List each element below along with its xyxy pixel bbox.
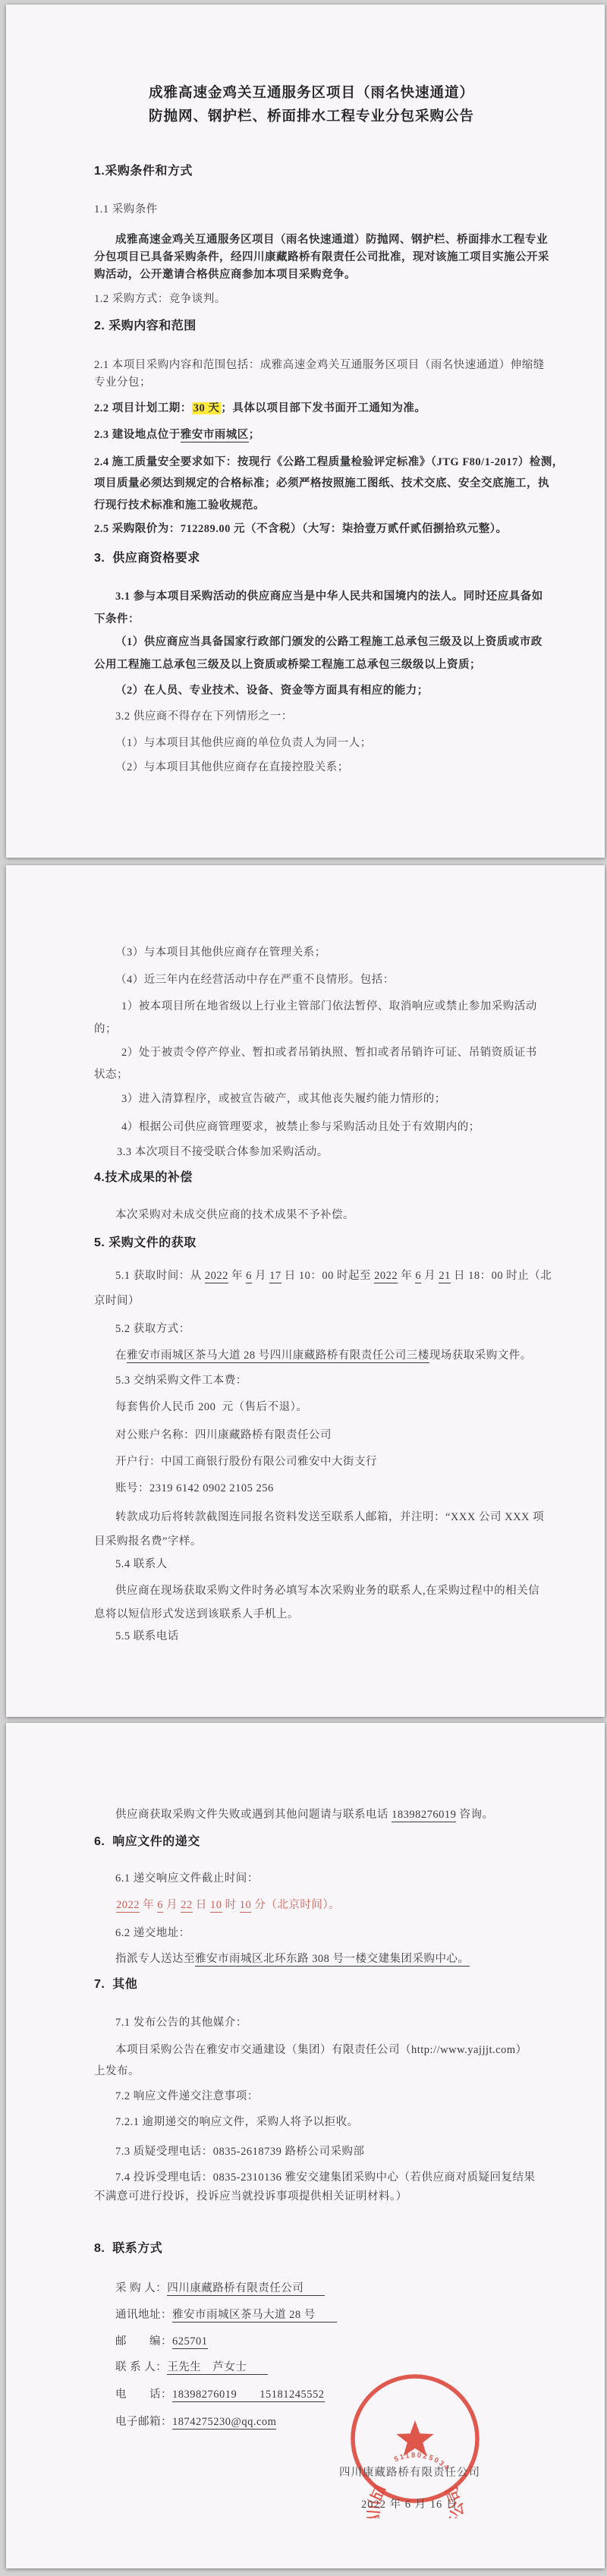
clause-7-1-label: 7.1 发布公告的其他媒介：	[115, 2015, 247, 2030]
clause-5-4-body-line-2: 息将以短信形式发送到该联系人手机上。	[94, 1607, 299, 1622]
text-segment: 时	[222, 1899, 240, 1911]
contact-email-row: 电子邮箱：1874275230@qq.com	[115, 2414, 276, 2430]
clause-7-2-1: 7.2.1 逾期递交的响应文件，采购人将予以拒收。	[115, 2115, 359, 2130]
underlined-month: 6	[157, 1899, 163, 1913]
clause-3-2-item-4-sub-1-line-2: 的；	[94, 1022, 117, 1037]
document-title-line-1: 成雅高速金鸡关互通服务区项目（雨名快速通道）	[149, 85, 474, 100]
clause-3-3: 3.3 本次项目不接受联合体参加采购活动。	[117, 1145, 329, 1160]
clause-1-1-line-1: 成雅高速金鸡关互通服务区项目（雨名快速通道）防抛网、钢护栏、桥面排水工程专业	[115, 232, 548, 247]
underlined-year: 2022	[116, 1899, 140, 1913]
clause-2-4-line-1: 2.4 施工质量安全要求如下：按现行《公路工程质量检验评定标准》（JTG F80…	[94, 455, 564, 470]
contact-person: 王先生 芦女士	[167, 2361, 268, 2375]
text-segment: 2.2 项目计划工期：	[94, 402, 192, 414]
bank-line: 开户行：中国工商银行股份有限公司雅安中大街支行	[115, 1454, 377, 1469]
clause-3-2-item-3: （3）与本项目其他供应商存在管理关系；	[115, 945, 326, 960]
text-segment: 在	[115, 1349, 127, 1362]
official-seal-stamp: 四川康藏路桥有限责任公司 5118025034105	[341, 2367, 493, 2518]
contact-address-row: 通讯地址：雅安市雨城区茶马大道 28 号	[115, 2307, 337, 2322]
underlined-day: 21	[439, 1270, 451, 1283]
clause-5-1-obtain-time: 5.1 获取时间：从 2022 年 6 月 17 日 10：00 时起至 202…	[115, 1268, 552, 1283]
clause-5-1-line-2: 京时间）	[94, 1293, 140, 1308]
text-segment: ；	[249, 429, 260, 441]
clause-3-2-item-4-sub-1-line-1: 1）被本项目所在地省级以上行业主管部门依法暂停、取消响应或禁止参加采购活动	[121, 999, 537, 1014]
clause-3-2-item-2: （2）与本项目其他供应商存在直接控股关系；	[115, 760, 349, 775]
contact-label: 电子邮箱：	[115, 2416, 172, 2428]
clause-3-1-line-1: 3.1 参与本项目采购活动的供应商应当是中华人民共和国境内的法人。同时还应具备如	[115, 589, 543, 604]
text-segment: 分（北京时间）。	[251, 1899, 340, 1911]
underlined-month: 6	[415, 1270, 421, 1283]
document-page-3: 供应商获取采购文件失败或遇到其他问题请与联系电话 18398276019 咨询。…	[6, 1723, 605, 2568]
clause-3-2-label: 3.2 供应商不得存在下列情形之一：	[115, 709, 293, 724]
text-segment: 日 18：00 时止（北	[451, 1270, 552, 1282]
clause-3-1-item-1-line-2: 公用工程施工总承包三级及以上资质或桥梁工程施工总承包三级级以上资质；	[94, 657, 481, 672]
contact-label: 电 话：	[115, 2389, 172, 2401]
contact-label: 联 系 人：	[115, 2361, 167, 2373]
section-5-heading: 5. 采购文件的获取	[94, 1236, 197, 1251]
clause-2-2: 2.2 项目计划工期：30 天；具体以项目部下发书面开工通知为准。	[94, 401, 426, 416]
clause-7-2-label: 7.2 响应文件递交注意事项：	[115, 2089, 259, 2104]
contact-label: 采 购 人：	[115, 2282, 167, 2294]
text-segment: 年	[228, 1270, 246, 1282]
clause-6-1-deadline: 2022 年 6 月 22 日 10 时 10 分（北京时间）。	[116, 1897, 340, 1913]
clause-4-body: 本次采购对未成交供应商的技术成果不予补偿。	[115, 1208, 354, 1223]
clause-2-5-price-limit: 2.5 采购限价为：712289.00 元（不含税）（大写：柒拾壹万贰仟贰佰捌拾…	[94, 521, 508, 537]
seal-star-icon	[396, 2420, 433, 2456]
clause-2-1-line-2: 专业分包；	[94, 375, 151, 390]
clause-1-2: 1.2 采购方式：竞争谈判。	[94, 291, 226, 307]
section-3-heading: 3. 供应商资格要求	[94, 551, 200, 566]
clause-5-4-label: 5.4 联系人	[115, 1557, 168, 1572]
underlined-help-phone: 18398276019	[392, 1809, 456, 1822]
clause-7-1-body-line-1: 本项目采购公告在雅安市交通建设（集团）有限责任公司（http://www.yaj…	[115, 2042, 527, 2058]
clause-7-1-body-line-2: 上发布。	[94, 2064, 140, 2079]
clause-3-2-item-4: （4）近三年内在经营活动中存在严重不良情形。包括：	[115, 972, 395, 987]
contact-zip-row: 邮 编：625701	[115, 2334, 208, 2349]
account-name-line: 对公账户名称：四川康藏路桥有限责任公司	[115, 1428, 332, 1443]
underlined-day: 22	[181, 1899, 193, 1913]
transfer-note-line-2: 目采购报名费”字样。	[94, 1534, 202, 1549]
section-6-heading: 6. 响应文件的递交	[94, 1834, 200, 1850]
text-segment: 2.3 建设地点位于	[94, 429, 181, 441]
clause-2-1-line-1: 2.1 本项目采购内容和范围包括：成雅高速金鸡关互通服务区项目（雨名快速通道）伸…	[94, 357, 545, 373]
clause-6-2-label: 6.2 递交地址：	[115, 1926, 190, 1941]
contact-person-row: 联 系 人：王先生 芦女士	[115, 2360, 268, 2375]
clause-5-5-label: 5.5 联系电话	[115, 1629, 179, 1644]
text-segment: 指派专人送达至	[115, 1953, 195, 1965]
clause-3-1-item-1-line-1: （1）供应商应当具备国家行政部门颁发的公路工程施工总承包三级及以上资质或市政	[115, 635, 543, 650]
text-segment: ；具体以项目部下发书面开工通知为准。	[221, 402, 426, 414]
text-segment: 日	[193, 1899, 210, 1911]
underlined-month: 6	[246, 1270, 252, 1283]
clause-5-3-label: 5.3 交纳采购文件工本费：	[115, 1373, 247, 1388]
contact-label: 通讯地址：	[115, 2309, 172, 2321]
clause-2-4-line-3: 行现行技术标准和施工验收规范。	[94, 498, 265, 513]
clause-5-3-price: 每套售价人民币 200 元（售后不退）。	[115, 1400, 307, 1415]
clause-5-2-label: 5.2 获取方式：	[115, 1321, 190, 1337]
clause-7-4-line-1: 7.4 投诉受理电话：0835-2310136 雅安交建集团采购中心（若供应商对…	[115, 2170, 535, 2185]
clause-2-3: 2.3 建设地点位于雅安市雨城区；	[94, 427, 260, 442]
text-segment: 日 10：00 时起至	[281, 1270, 375, 1282]
scanned-procurement-notice: { "p1": { "title1": "成雅高速金鸡关互通服务区项目（雨名快速…	[0, 0, 607, 2576]
clause-1-1-label: 1.1 采购条件	[94, 202, 158, 217]
underlined-minute: 10	[240, 1899, 252, 1913]
mailing-address: 雅安市雨城区茶马大道 28 号	[172, 2309, 337, 2322]
transfer-note-line-1: 转款成功后将转款截图连同报名资料发送至联系人邮箱，并注明：“XXX 公司 XXX…	[115, 1510, 544, 1525]
text-segment: 供应商获取采购文件失败或遇到其他问题请与联系电话	[115, 1809, 392, 1821]
text-segment: 月	[421, 1270, 439, 1282]
section-4-heading: 4.技术成果的补偿	[94, 1170, 193, 1186]
postal-code: 625701	[172, 2335, 208, 2349]
buyer-name: 四川康藏路桥有限责任公司	[167, 2282, 325, 2296]
text-segment: 5.1 获取时间：从	[115, 1270, 205, 1282]
signature-company-name: 四川康藏路桥有限责任公司	[339, 2465, 480, 2480]
underlined-location: 雅安市雨城区	[181, 429, 249, 442]
clause-5-4-body-line-1: 供应商在现场获取采购文件时务必填写本次采购业务的联系人,在采购过程中的相关信	[115, 1583, 539, 1598]
underlined-year: 2022	[205, 1270, 228, 1283]
signature-date: 2022 年 6 月 16 日	[361, 2497, 458, 2512]
clause-1-1-line-2: 分包项目已具备采购条件，经四川康藏路桥有限责任公司批准，现对该施工项目实施公开采	[94, 250, 549, 265]
company-seal-icon: 四川康藏路桥有限责任公司 5118025034105	[341, 2367, 493, 2518]
text-segment: 年	[140, 1899, 157, 1911]
underlined-day: 17	[269, 1270, 281, 1283]
highlighted-duration: 30 天	[192, 402, 222, 414]
text-segment: 咨询。	[456, 1809, 493, 1821]
section-1-heading: 1.采购条件和方式	[94, 164, 193, 179]
underlined-year: 2022	[374, 1270, 398, 1283]
clause-3-1-line-2: 下条件：	[94, 612, 140, 627]
text-segment: 月	[163, 1899, 181, 1911]
contact-phone-row: 电 话：18398276019 15181245552	[115, 2387, 325, 2402]
clause-6-1-label: 6.1 递交响应文件截止时间：	[115, 1871, 259, 1886]
underlined-hour: 10	[210, 1899, 222, 1913]
underlined-delivery-address: 雅安市雨城区北环东路 308 号一楼交建集团采购中心。	[195, 1953, 470, 1967]
contact-phones: 18398276019 15181245552	[172, 2389, 325, 2402]
account-number-line: 账号：2319 6142 0902 2105 256	[115, 1481, 274, 1496]
document-title-line-2: 防抛网、钢护栏、桥面排水工程专业分包采购公告	[149, 109, 474, 124]
clause-1-1-line-3: 购活动，公开邀请合格供应商参加本项目采购竞争。	[94, 267, 356, 282]
clause-3-1-item-2: （2）在人员、专业技术、设备、资金等方面具有相应的能力；	[115, 683, 429, 698]
section-2-heading: 2. 采购内容和范围	[94, 319, 197, 334]
text-segment: 年	[398, 1270, 415, 1282]
document-page-1: 成雅高速金鸡关互通服务区项目（雨名快速通道） 防抛网、钢护栏、桥面排水工程专业分…	[6, 5, 605, 858]
clause-3-2-item-4-sub-4: 4）根据公司供应商管理要求，被禁止参与采购活动且处于有效期内的；	[121, 1120, 480, 1135]
clause-3-2-item-4-sub-2-line-2: 状态；	[94, 1067, 128, 1082]
help-contact-line: 供应商获取采购文件失败或遇到其他问题请与联系电话 18398276019 咨询。	[115, 1807, 494, 1822]
clause-3-2-item-1: （1）与本项目其他供应商的单位负责人为同一人；	[115, 735, 372, 751]
section-7-heading: 7. 其他	[94, 1977, 137, 1992]
clause-5-2-body: 在雅安市雨城区茶马大道 28 号四川康藏路桥有限责任公司三楼现场获取采购文件。	[115, 1348, 532, 1363]
contact-email: 1874275230@qq.com	[172, 2416, 276, 2430]
contact-buyer-row: 采 购 人：四川康藏路桥有限责任公司	[115, 2281, 325, 2296]
text-segment: 现场获取采购文件。	[429, 1349, 532, 1362]
text-segment: 月	[252, 1270, 269, 1282]
clause-3-2-item-4-sub-3: 3）进入清算程序，或被宣告破产，或其他丧失履约能力情形的；	[121, 1091, 446, 1107]
clause-6-2-body: 指派专人送达至雅安市雨城区北环东路 308 号一楼交建集团采购中心。	[115, 1951, 470, 1967]
document-page-2: （3）与本项目其他供应商存在管理关系； （4）近三年内在经营活动中存在严重不良情…	[6, 865, 605, 1717]
clause-2-4-line-2: 项目质量必须达到规定的合格标准；必须严格按照施工图纸、技术交底、安全交底施工，执	[94, 476, 549, 491]
section-8-heading: 8. 联系方式	[94, 2241, 162, 2256]
contact-label: 邮 编：	[115, 2335, 172, 2348]
clause-7-3-query-phone: 7.3 质疑受理电话：0835-2618739 路桥公司采购部	[115, 2144, 364, 2159]
underlined-pickup-address: 雅安市雨城区茶马大道 28 号四川康藏路桥有限责任公司三楼	[127, 1349, 429, 1363]
clause-3-2-item-4-sub-2-line-1: 2）处于被责令停产停业、暂扣或者吊销执照、暂扣或者吊销许可证、吊销资质证书	[121, 1045, 537, 1060]
clause-7-4-line-2: 不满意可进行投诉，投诉应当就投诉事项提供相关证明材料。）	[94, 2189, 407, 2204]
